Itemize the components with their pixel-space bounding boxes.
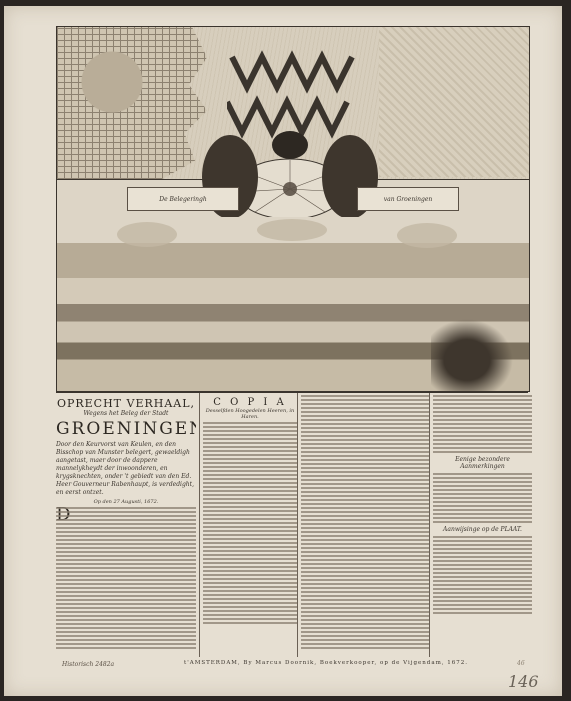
catalogue-note: Historisch 2482a: [62, 661, 114, 668]
column-aanmerkingen: Eenige bezondere Aanmerkingen Aanwijsing…: [429, 393, 532, 657]
column-continued: [297, 393, 429, 657]
smoke-cloud: [117, 222, 177, 247]
pencil-number: 146: [508, 672, 539, 691]
body-text: D: [56, 507, 196, 649]
siege-plan-map: [57, 27, 529, 180]
engraved-plate: De Belegeringh van Groeningen: [56, 26, 530, 392]
faint-number: 46: [517, 660, 525, 667]
siege-panorama: [57, 217, 529, 391]
body-text: [301, 395, 429, 649]
aanwijsinge-heading: Aanwijsinge op de PLAAT.: [433, 526, 532, 533]
smoke-cloud: [257, 219, 327, 241]
banner-right: van Groeningen: [357, 187, 459, 211]
imprint-line: t'AMSTERDAM, By Marcus Doornik, Boekverk…: [184, 660, 468, 666]
body-text: [433, 395, 532, 453]
paper-sheet: De Belegeringh van Groeningen OPRECHT VE…: [4, 6, 562, 696]
column-copia: C O P I A Desselfden Hoogedelen Heeren, …: [199, 393, 297, 657]
lead-paragraph: Door den Keurvorst van Keulen, en den Bi…: [56, 441, 196, 497]
body-text: [203, 422, 297, 624]
title-subtitle: Wegens het Beleg der Stadt: [56, 410, 196, 417]
foreground-figures: [431, 312, 521, 392]
date-line: Op den 27 Augusti, 1672.: [56, 499, 196, 505]
column-verhaal: OPRECHT VERHAAL, Wegens het Beleg der St…: [56, 393, 196, 657]
legend-list: [433, 536, 532, 614]
banner-left: De Belegeringh: [127, 187, 239, 211]
text-columns: OPRECHT VERHAAL, Wegens het Beleg der St…: [56, 392, 528, 657]
title-heading: OPRECHT VERHAAL,: [56, 397, 196, 410]
city-heading: GROENINGEN: [56, 419, 196, 439]
body-text: [433, 473, 532, 523]
copia-heading: C O P I A: [203, 397, 297, 408]
copia-subtitle: Desselfden Hoogedelen Heeren, in Haren.: [203, 408, 297, 420]
aanmerkingen-heading: Eenige bezondere Aanmerkingen: [433, 456, 532, 470]
smoke-cloud: [397, 223, 457, 248]
